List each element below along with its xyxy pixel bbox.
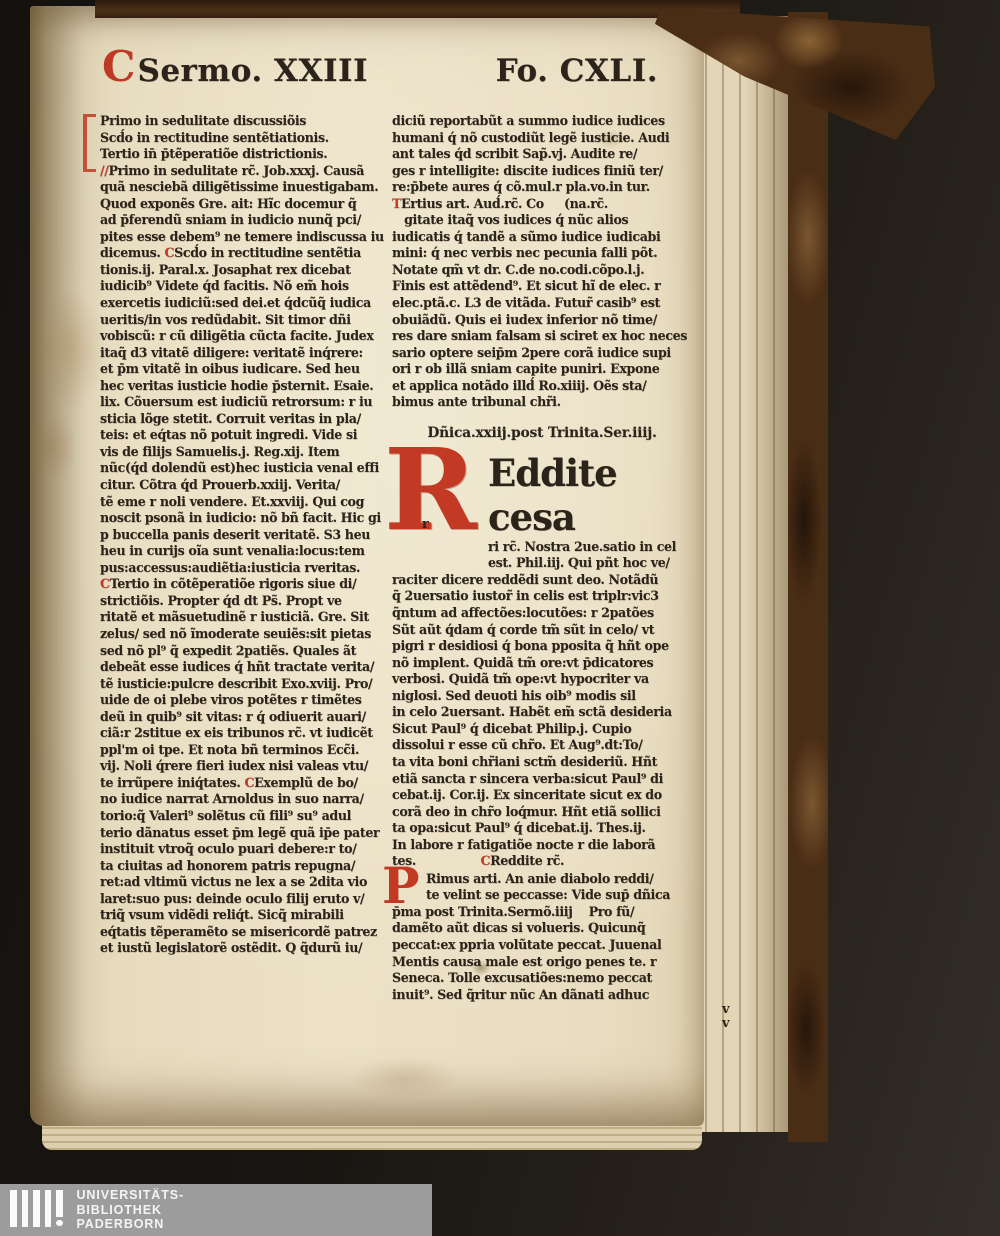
text-line: damẽto aũt dicas si volueris. Quicunq̃ [392,920,692,937]
sermon-title-group: C Sermo. XXIII [102,52,368,89]
text-line: sed nõ pl⁹ q̃ expedit 2patiẽs. Quales ãt [100,643,392,660]
text-line: nõ implent. Quidã tm̃ ore:vt p̄dicatores [392,655,692,672]
text-line: humani q́ nõ custodiũt legẽ iusticie. Au… [392,130,692,147]
page-stain [18,398,88,498]
text-line: p buccella panis deserit veritatẽ. S3 he… [100,527,392,544]
text-line: terio dãnatus esset p̄m legẽ quã ip̄e pa… [100,825,392,842]
text-line: Seneca. Tolle excusatiões:nemo peccat [392,970,692,987]
text-line: instituit vtroq̃ oculo puari debere:r to… [100,841,392,858]
text-line: pus:accessus:audiẽtia:iusticia rveritas. [100,560,392,577]
left-text-column: Primo in sedulitate discussiõisScd́o in … [100,113,392,957]
text-line: ant tales q́d scribit Sap̃.vj. Audite re… [392,146,692,163]
text-line: ta opa:sicut Paul⁹ q́ dicebat.ij. Thes.i… [392,820,692,837]
text-line: cebat.ij. Cor.ij. Ex sinceritate sicut e… [392,787,692,804]
text-line: quã nesciebã diligẽtissime inuestigabam. [100,179,392,196]
text-line: elec.ptã.c. L3 de vitãda. Futur̃ casib⁹ … [392,295,692,312]
reddite-lines: raciter dicere reddẽdi sunt deo. Notãdũq… [392,572,692,870]
text-line: no iudice narrat Arnoldus in suo narra/ [100,791,392,808]
scan-background: C Sermo. XXIII Fo. CXLI. Primo in seduli… [0,0,1000,1236]
page-stain [330,1050,480,1106]
text-line: Tertio in̄ p̄tẽperatiõe districtionis. [100,146,392,163]
logo-exclamation-bar [56,1190,63,1226]
primus-section: P Rimus arti. An anie diabolo reddi/te v… [392,871,692,1003]
text-line: In labore r fatigatiõe nocte r die labor… [392,837,692,854]
text-line: deũ in quib⁹ sit vitas: r q́ odiuerit au… [100,709,392,726]
text-line: Sũt aũt q́dam q́ corde tm̃ sũt in celo/ … [392,622,692,639]
primus-lines: p̄ma post Trinita.Sermõ.iiij Pro fũ/damẽ… [392,904,692,1003]
rubric-paraph-icon: C [102,52,135,82]
right-column-top-lines: diciũ reportabũt a summo iudice iudicesh… [392,113,692,411]
text-line: sario optere seip̄m 2pere corã iudice su… [392,345,692,362]
book-page: C Sermo. XXIII Fo. CXLI. Primo in seduli… [30,6,704,1126]
text-line: ad p̄ferendũ sniam in iudicio nunq̃ pci/ [100,212,392,229]
binding-top-edge [95,0,740,18]
text-line: ret:ad vltimũ victus ne lex a se 2dita v… [100,874,392,891]
text-line: torio:q̃ Valeri⁹ solẽtus cũ fili⁹ su⁹ ad… [100,808,392,825]
text-line: TErtius art. Aud́.rc̃. Co (na.rc̃. [392,196,692,213]
text-line: diciũ reportabũt a summo iudice iudices [392,113,692,130]
text-line: te irrũpere iniq́tates. CExemplũ de bo/ [100,775,392,792]
logo-bar [45,1190,52,1227]
text-line: etiã sancta r sincera verba:sicut Paul⁹ … [392,771,692,788]
text-line: ppl'm oi tpe. Et nota bñ terminos Ecc̃i. [100,742,392,759]
text-line: niglosi. Sed deuoti his oib⁹ modis sil [392,688,692,705]
text-line: et iustũ legislatorẽ ostẽdit. Q q̃durũ i… [100,940,392,957]
library-name-line: UNIVERSITÄTS- [77,1188,185,1202]
library-logo-bars-icon [10,1190,63,1230]
text-line: res dare sniam falsam si sciret ex hoc n… [392,328,692,345]
text-line: tionis.ij. Paral.x. Josaphat rex dicebat [100,262,392,279]
guide-letter: r [422,517,429,532]
text-line: p̄ma post Trinita.Sermõ.iiij Pro fũ/ [392,904,692,921]
text-line: q̃ntum ad affectões:locutões: r 2patões [392,605,692,622]
right-text-column: diciũ reportabũt a summo iudice iudicesh… [392,113,692,1031]
text-line: vis de filijs Samuelis.j. Reg.xij. Item [100,444,392,461]
text-line: uide de oi plebe viros potẽtes r timẽtes [100,692,392,709]
logo-bar-short [56,1190,63,1217]
text-line: dissolui r esse cũ chr̃o. Et Aug⁹.dt:To/ [392,737,692,754]
text-line: q̃ 2uersatio iustor̃ in celis est triplr… [392,588,692,605]
text-line: //Primo in sedulitate rc̃. Job.xxxj. Cau… [100,163,392,180]
text-line: Notate qm̃ vt dr. C.de no.codi.cõpo.l.j. [392,262,692,279]
text-line: zelus/ sed nõ ĩmoderate seuiẽs:sit pieta… [100,626,392,643]
text-line: gitate itaq̃ vos iudices q́ nũc alios [392,212,692,229]
text-line: debeãt esse iudices q́ hñt tractate veri… [100,659,392,676]
text-line: ori r ob illã sniam capite puniri. Expon… [392,361,692,378]
text-line: Scd́o in rectitudine sentẽtiationis. [100,130,392,147]
text-line: nũc(q́d dolendũ est)hec iusticia venal e… [100,460,392,477]
text-line: ritatẽ et mãsuetudinẽ r iusticiã. Gre. S… [100,609,392,626]
text-line: heu in curijs oĩa sunt venalia:locus:tem [100,543,392,560]
text-line: Rimus arti. An anie diabolo reddi/ [426,871,692,888]
text-line: pigri r desidiosi q́ bona pposita q̃ hñt… [392,638,692,655]
text-line: ri rc̃. Nostra 2ue.satio in cel [488,539,692,556]
text-line: pites esse debem⁹ ne temere indiscussa i… [100,229,392,246]
logo-dot [56,1220,63,1226]
text-line: tẽ iusticie:pulcre describit Exo.xviij. … [100,676,392,693]
logo-bar [22,1190,29,1227]
text-line: mini: q́ nec verbis nec pecunia falli põ… [392,245,692,262]
logo-bar [33,1190,40,1227]
rubric-bracket-icon [83,114,96,172]
text-line: et applica notãdo illd́ Ro.xiiij. Oẽs st… [392,378,692,395]
text-line: ges r intelligite: discite iudices finiũ… [392,163,692,180]
incipit-large-text: Eddite cesa [488,451,692,539]
reddite-indented-lines: ri rc̃. Nostra 2ue.satio in celest. Phil… [488,539,692,572]
left-column-lines: Primo in sedulitate discussiõisScd́o in … [100,113,392,957]
text-line: triq̃ vsum vidẽdi reliq́t. Sicq̃ mirabil… [100,907,392,924]
text-line: raciter dicere reddẽdi sunt deo. Notãdũ [392,572,692,589]
drop-cap-initial-R: R [384,445,477,537]
library-name-line: BIBLIOTHEK [77,1203,185,1217]
text-line: lix. Cõuersum est iudiciũ retrorsum: r i… [100,394,392,411]
text-line: exercetis iudiciũ:sed dei.et q́dcũq̃ iud… [100,295,392,312]
text-line: corã deo in chr̃o loq́mur. Hñt etiã soll… [392,804,692,821]
text-line: teis: et eq́tas nõ potuit ingredi. Vide … [100,427,392,444]
text-line: noscit psonã in iudicio: nõ bñ facit. Hi… [100,510,392,527]
text-line: dicemus. CScd́o in rectitudine sentẽtia [100,245,392,262]
text-line: Primo in sedulitate discussiõis [100,113,392,130]
text-line: obuiãdũ. Quis ei iudex inferior nõ time/ [392,312,692,329]
library-name: UNIVERSITÄTS- BIBLIOTHEK PADERBORN [77,1188,185,1231]
reddite-section: R r Eddite cesa ri rc̃. Nostra 2ue.satio… [392,451,692,870]
text-line: sticia lõge stetit. Corruit veritas in p… [100,411,392,428]
text-line: ta vita boni chr̃iani sctm̃ desideriũ. H… [392,754,692,771]
library-watermark: UNIVERSITÄTS- BIBLIOTHEK PADERBORN [0,1184,432,1236]
text-line: te velint se peccasse: Vide sup̄ dñica [426,887,692,904]
text-line: in celo 2uersant. Habẽt em̃ sctã desider… [392,704,692,721]
text-line: verbosi. Quidã tm̃ ope:vt hypocriter va [392,671,692,688]
binding-right-board [788,12,828,1142]
text-line: ciã:r 2stitue ex eis tribunos rc̃. vt iu… [100,725,392,742]
text-line: iudicib⁹ Videte q́d facitis. Nõ em̃ hois [100,278,392,295]
text-line: peccat:ex ppria volũtate peccat. Juuenal [392,937,692,954]
text-line: tẽ eme r noli vendere. Et.xxviij. Qui co… [100,494,392,511]
page-bottom-edges [42,1122,702,1150]
text-line: strictiõis. Propter q́d dt Ps̃. Propt ve [100,593,392,610]
text-line: hec veritas iusticie hodie p̄sternit. Es… [100,378,392,395]
text-line: eq́tatis tẽperamẽto se misericordẽ patre… [100,924,392,941]
text-line: est. Phil.iij. Qui pñt hoc ve/ [488,555,692,572]
text-line: CTertio in cõtẽperatiõe rigoris siue di/ [100,576,392,593]
text-line: ueritis/in vos redũdabit. Sit timor dñi [100,312,392,329]
text-line: laret:suo pus: deinde oculo filij eruto … [100,891,392,908]
text-line: Finis est attẽdend⁹. Et sicut hĩ de elec… [392,278,692,295]
primus-indented-lines: Rimus arti. An anie diabolo reddi/te vel… [426,871,692,904]
text-line: inuit⁹. Sed q̃ritur nũc An dãnati adhuc [392,987,692,1004]
text-line: bimus ante tribunal chr̃i. [392,394,692,411]
folio-number: Fo. CXLI. [496,53,658,89]
text-line: vobiscũ: r cũ diligẽtia cũcta facite. Ju… [100,328,392,345]
text-line: itaq̃ d3 vitatẽ diligere: veritatẽ inq́r… [100,345,392,362]
page-header: C Sermo. XXIII Fo. CXLI. [102,52,658,89]
logo-bar [10,1190,17,1227]
library-name-line: PADERBORN [77,1217,185,1231]
text-line: citur. Cõtra q́d Prouerb.xxiij. Verita/ [100,477,392,494]
page-edges [690,16,790,1132]
text-line: et p̄m vitatẽ in oibus iudicare. Sed heu [100,361,392,378]
text-line: Quod exponẽs Gre. ait: Hĩc docemur q̃ [100,196,392,213]
drop-cap-initial-P: P [382,864,420,908]
text-line: iudicatis q́ tandẽ a sũmo iudice iudicab… [392,229,692,246]
text-line: ta ciuitas ad honorem patris repugna/ [100,858,392,875]
sermon-title: Sermo. XXIII [137,53,368,89]
text-line: tes. CReddite rc̃. [392,853,692,870]
text-line: vij. Noli q́rere fieri iudex nisi valeas… [100,758,392,775]
text-line: Sicut Paul⁹ q́ dicebat Philip.j. Cupio [392,721,692,738]
text-line: Mentis causa male est origo penes te. r [392,954,692,971]
text-line: re:p̄bete aures q́ cõ.mul.r pla.vo.in tu… [392,179,692,196]
